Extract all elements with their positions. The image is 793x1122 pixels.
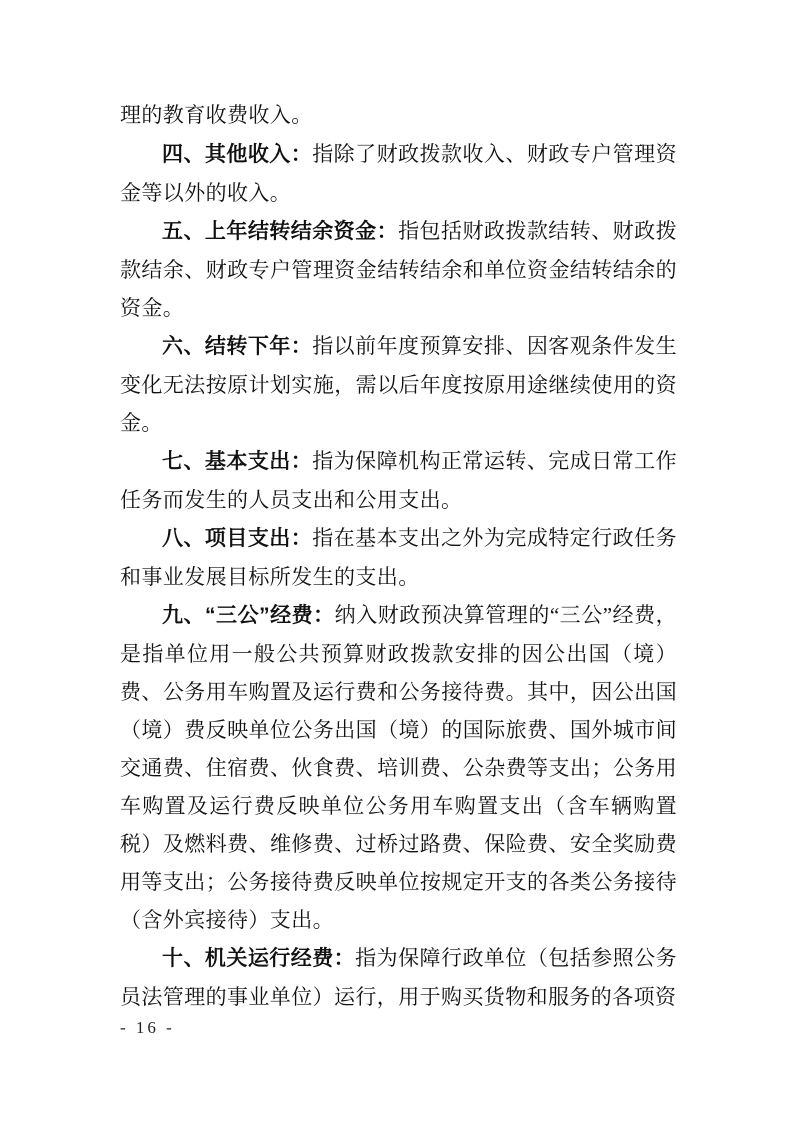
paragraph-label: 七、基本支出： (162, 450, 312, 473)
page-number: - 16 - (120, 1018, 175, 1038)
paragraph-carry-to-next-year: 六、结转下年：指以前年度预算安排、因客观条件发生变化无法按原计划实施，需以后年度… (120, 327, 677, 442)
paragraph-label: 六、结转下年： (162, 335, 312, 358)
paragraph-label: 九、“三公”经费： (162, 604, 335, 627)
paragraph-text: 纳入财政预决算管理的“三公”经费，是指单位用一般公共预算财政拨款安排的因公出国（… (120, 603, 677, 932)
paragraph-other-income: 四、其他收入：指除了财政拨款收入、财政专户管理资金等以外的收入。 (120, 135, 677, 212)
paragraph-carryover-funds: 五、上年结转结余资金：指包括财政拨款结转、财政拨款结余、财政专户管理资金结转结余… (120, 212, 677, 327)
paragraph-agency-operating-funds: 十、机关运行经费：指为保障行政单位（包括参照公务员法管理的事业单位）运行，用于购… (120, 939, 677, 1016)
document-body: 理的教育收费收入。 四、其他收入：指除了财政拨款收入、财政专户管理资金等以外的收… (120, 96, 677, 1016)
paragraph-three-public-funds: 九、“三公”经费：纳入财政预决算管理的“三公”经费，是指单位用一般公共预算财政拨… (120, 596, 677, 939)
paragraph-text: 理的教育收费收入。 (120, 103, 313, 127)
paragraph-label: 十、机关运行经费： (162, 947, 355, 970)
paragraph-label: 五、上年结转结余资金： (162, 220, 398, 243)
paragraph-label: 四、其他收入： (162, 143, 312, 166)
document-page: 理的教育收费收入。 四、其他收入：指除了财政拨款收入、财政专户管理资金等以外的收… (0, 0, 793, 1122)
paragraph-project-expenditure: 八、项目支出：指在基本支出之外为完成特定行政任务和事业发展目标所发生的支出。 (120, 519, 677, 596)
paragraph-continuation: 理的教育收费收入。 (120, 96, 677, 135)
paragraph-label: 八、项目支出： (162, 527, 312, 550)
paragraph-basic-expenditure: 七、基本支出：指为保障机构正常运转、完成日常工作任务而发生的人员支出和公用支出。 (120, 442, 677, 519)
